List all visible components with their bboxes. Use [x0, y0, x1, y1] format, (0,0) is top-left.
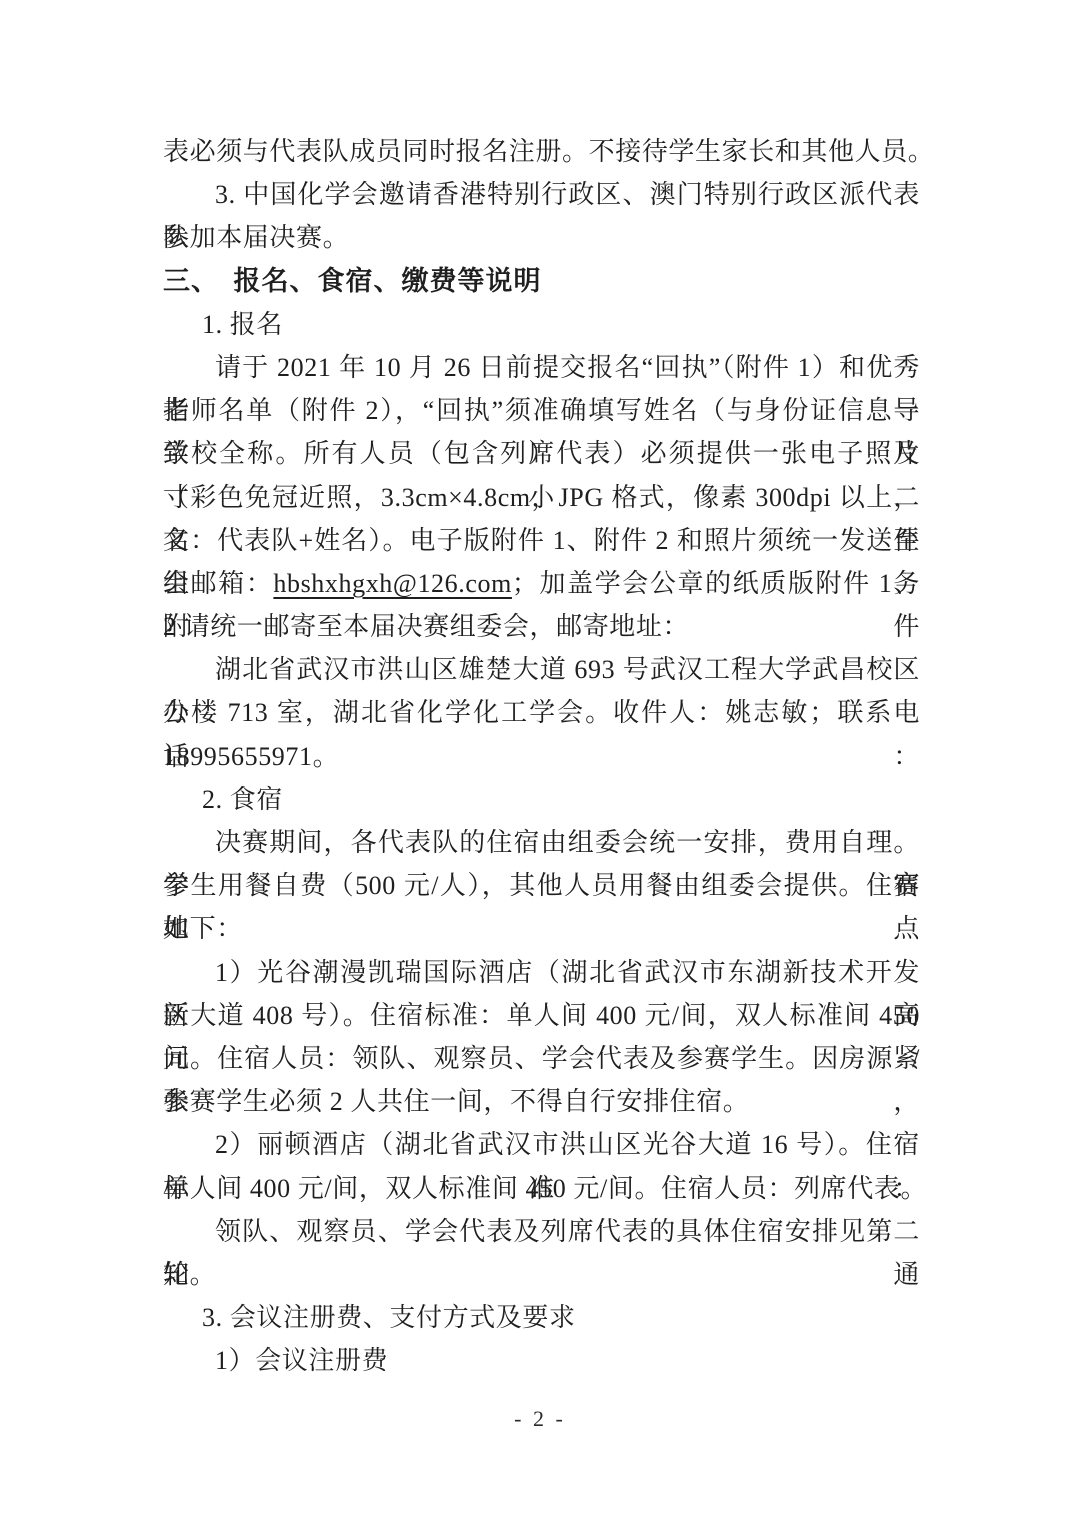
list-item-accommodation: 2. 食宿: [163, 778, 920, 821]
text-line: 湖北省武汉市洪山区雄楚大道 693 号武汉工程大学武昌校区办: [163, 648, 920, 691]
email-link[interactable]: hbshxhgxh@126.com: [273, 569, 512, 598]
text-line: 学生用餐自费（500 元/人），其他人员用餐由组委会提供。住宿地点: [163, 864, 920, 907]
text-line: 单人间 400 元/间，双人标准间 450 元/间。住宿人员：列席代表。: [163, 1167, 920, 1210]
email-line-prefix: 组邮箱：: [163, 569, 273, 598]
text-line-with-email: 组邮箱：hbshxhgxh@126.com；加盖学会公章的纸质版附件 1、附件: [163, 562, 920, 605]
document-body: 表必须与代表队成员同时报名注册。不接待学生家长和其他人员。 3. 中国化学会邀请…: [163, 130, 920, 1382]
text-line-hotel-1: 1）光谷潮漫凯瑞国际酒店（湖北省武汉市东湖新技术开发区高: [163, 951, 920, 994]
text-line: 寸彩色免冠近照，3.3cm×4.8cm，JPG 格式，像素 300dpi 以上，…: [163, 476, 920, 519]
text-line: 公楼 713 室，湖北省化学化工学会。收件人：姚志敏；联系电话：: [163, 691, 920, 734]
document-page: 表必须与代表队成员同时报名注册。不接待学生家长和其他人员。 3. 中国化学会邀请…: [0, 0, 1080, 1527]
text-line: 请于 2021 年 10 月 26 日前提交报名“回执”（附件 1）和优秀指导: [163, 346, 920, 389]
text-line: 参加本届决赛。: [163, 216, 920, 259]
text-line-hotel-2: 2）丽顿酒店（湖北省武汉市洪山区光谷大道 16 号）。住宿标准：: [163, 1123, 920, 1166]
text-line: 决赛期间，各代表队的住宿由组委会统一安排，费用自理。参赛: [163, 821, 920, 864]
list-item-registration: 1. 报名: [163, 303, 920, 346]
text-line: 领队、观察员、学会代表及列席代表的具体住宿安排见第二轮通: [163, 1210, 920, 1253]
text-line: 间。住宿人员：领队、观察员、学会代表及参赛学生。因房源紧张，: [163, 1037, 920, 1080]
text-line: 名：代表队+姓名）。电子版附件 1、附件 2 和照片须统一发送至会务: [163, 519, 920, 562]
text-line: 表必须与代表队成员同时报名注册。不接待学生家长和其他人员。: [163, 130, 920, 173]
text-line: 学校全称。所有人员（包含列席代表）必须提供一张电子照片（小二: [163, 432, 920, 475]
text-line: 3. 中国化学会邀请香港特别行政区、澳门特别行政区派代表队: [163, 173, 920, 216]
section-heading: 三、 报名、食宿、缴费等说明: [163, 260, 920, 303]
list-item-registration-fee: 3. 会议注册费、支付方式及要求: [163, 1296, 920, 1339]
page-number: - 2 -: [0, 1406, 1080, 1432]
list-item-fee-detail: 1）会议注册费: [163, 1339, 920, 1382]
text-line: 老师名单（附件 2），“回执”须准确填写姓名（与身份证信息一致）及: [163, 389, 920, 432]
text-line: 新大道 408 号）。住宿标准：单人间 400 元/间，双人标准间 450 元/: [163, 994, 920, 1037]
